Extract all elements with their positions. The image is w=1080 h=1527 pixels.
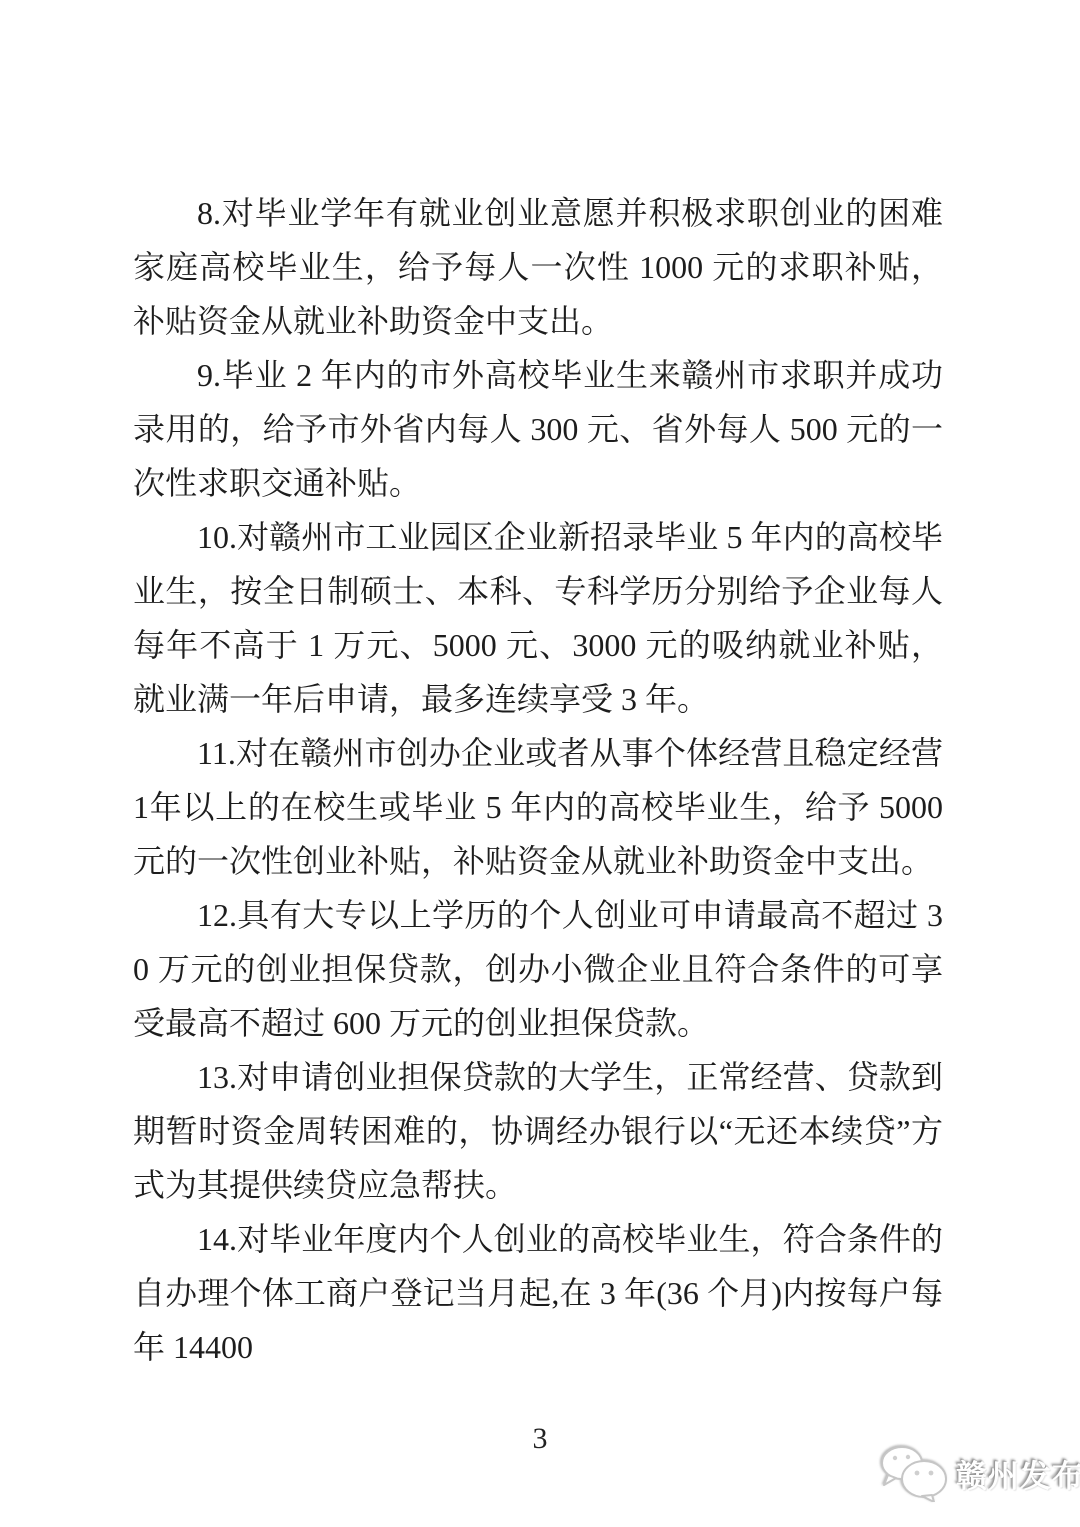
paragraph-item-14: 14.对毕业年度内个人创业的高校毕业生，符合条件的自办理个体工商户登记当月起,在… bbox=[133, 1212, 943, 1374]
paragraph-item-13: 13.对申请创业担保贷款的大学生，正常经营、贷款到期暂时资金周转困难的，协调经办… bbox=[133, 1050, 943, 1212]
document-page: 8.对毕业学年有就业创业意愿并积极求职创业的困难家庭高校毕业生，给予每人一次性 … bbox=[0, 0, 1080, 1527]
publisher-watermark: 赣州发布 bbox=[880, 1444, 1080, 1502]
paragraph-item-8: 8.对毕业学年有就业创业意愿并积极求职创业的困难家庭高校毕业生，给予每人一次性 … bbox=[133, 186, 943, 348]
paragraph-item-12: 12.具有大专以上学历的个人创业可申请最高不超过 30 万元的创业担保贷款，创办… bbox=[133, 888, 943, 1050]
paragraph-item-10: 10.对赣州市工业园区企业新招录毕业 5 年内的高校毕业生，按全日制硕士、本科、… bbox=[133, 510, 943, 726]
paragraph-item-11: 11.对在赣州市创办企业或者从事个体经营且稳定经营1年以上的在校生或毕业 5 年… bbox=[133, 726, 943, 888]
document-text-block: 8.对毕业学年有就业创业意愿并积极求职创业的困难家庭高校毕业生，给予每人一次性 … bbox=[133, 186, 943, 1374]
paragraph-item-9: 9.毕业 2 年内的市外高校毕业生来赣州市求职并成功录用的，给予市外省内每人 3… bbox=[133, 348, 943, 510]
wechat-chat-bubbles-icon bbox=[880, 1444, 950, 1502]
publisher-watermark-label: 赣州发布 bbox=[956, 1451, 1080, 1496]
